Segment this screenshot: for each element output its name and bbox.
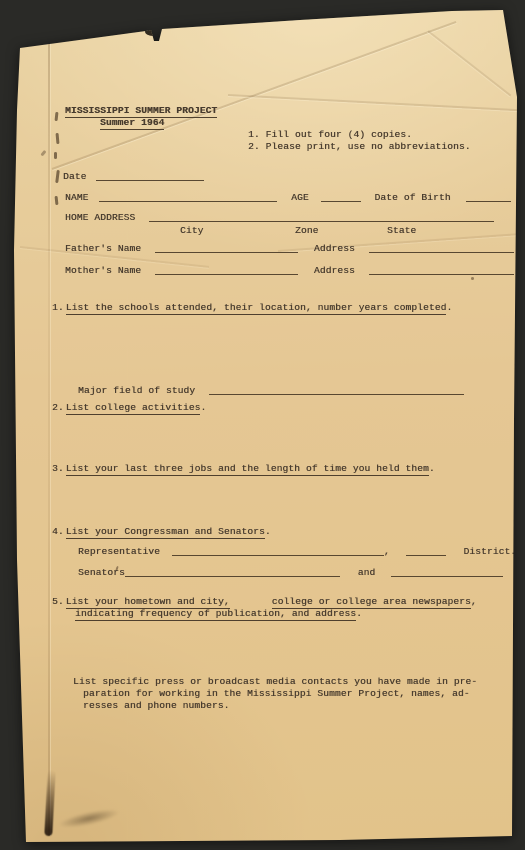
home-address-label: HOME ADDRESS <box>65 212 135 223</box>
name-label: NAME <box>65 192 88 203</box>
mother-address-field-line <box>369 266 514 275</box>
major-field-line <box>209 386 464 395</box>
name-field-line <box>99 193 277 202</box>
city-label: City <box>180 225 203 237</box>
footer-note-text: List specific press or broadcast media c… <box>73 676 477 687</box>
name-row: NAME AGE Date of Birth <box>65 191 511 204</box>
district-label: District. <box>463 546 516 557</box>
state-label: State <box>387 225 416 237</box>
instruction-2: 2. Please print, use no abbreviations. <box>248 141 471 153</box>
item-tail: . <box>446 302 452 313</box>
item-text: List college activities <box>66 402 201 415</box>
representative-label: Representative <box>78 546 160 557</box>
item-number: 2. <box>52 402 64 413</box>
mother-address-label: Address <box>314 265 355 276</box>
father-row: Father's Name Address <box>65 242 514 255</box>
footer-note-line-3: resses and phone numbers. <box>83 700 229 712</box>
item-tail: . <box>265 526 271 537</box>
question-item-5-line1: 5.List your hometown and city,college or… <box>52 596 477 608</box>
mother-name-label: Mother's Name <box>65 265 141 276</box>
item-text-continued: indicating frequency of publication, and… <box>75 608 356 621</box>
footer-note-text: paration for working in the Mississippi … <box>83 688 470 699</box>
item-tail: . <box>356 608 362 619</box>
item-tail: , <box>471 596 477 607</box>
instruction-text: 2. Please print, use no abbreviations. <box>248 141 471 152</box>
item-number: 4. <box>52 526 64 537</box>
major-field-label: Major field of study <box>78 385 195 396</box>
question-item-5-line2: indicating frequency of publication, and… <box>75 608 362 620</box>
major-field-row: Major field of study <box>78 384 464 397</box>
footer-note-line-2: paration for working in the Mississippi … <box>83 688 470 700</box>
item-number: 1. <box>52 302 64 313</box>
page-subtitle: Summer 1964 <box>100 117 164 130</box>
father-name-label: Father's Name <box>65 243 141 254</box>
mother-name-field-line <box>155 266 298 275</box>
item-text: List the schools attended, their locatio… <box>66 302 447 315</box>
age-label: AGE <box>291 192 309 203</box>
question-item-2: 2.List college activities. <box>52 402 206 414</box>
form-content: MISSISSIPPI SUMMER PROJECT Summer 1964 1… <box>0 0 525 850</box>
home-address-row: HOME ADDRESS <box>65 211 494 224</box>
senator-1-field-line <box>125 568 340 577</box>
scanned-page: MISSISSIPPI SUMMER PROJECT Summer 1964 1… <box>0 0 525 850</box>
question-item-1: 1.List the schools attended, their locat… <box>52 302 452 314</box>
page-subtitle-row: Summer 1964 <box>100 117 164 129</box>
father-name-field-line <box>155 244 298 253</box>
senator-2-field-line <box>391 568 503 577</box>
representative-comma: , <box>384 546 390 557</box>
instruction-1: 1. Fill out four (4) copies. <box>248 129 412 141</box>
representative-field-line <box>172 547 384 556</box>
item-text: List your Congressman and Senators <box>66 526 265 539</box>
item-number: 5. <box>52 596 64 607</box>
home-address-field-line <box>149 213 494 222</box>
senators-row: Senators and <box>78 566 503 579</box>
item-tail: . <box>429 463 435 474</box>
question-item-3: 3.List your last three jobs and the leng… <box>52 463 435 475</box>
paper-sheet: MISSISSIPPI SUMMER PROJECT Summer 1964 1… <box>0 0 525 850</box>
footer-note-text: resses and phone numbers. <box>83 700 229 711</box>
and-label: and <box>358 567 376 578</box>
question-item-4: 4.List your Congressman and Senators. <box>52 526 271 538</box>
date-row: Date <box>63 170 204 183</box>
age-field-line <box>321 193 361 202</box>
father-address-label: Address <box>314 243 355 254</box>
dob-field-line <box>466 193 511 202</box>
district-field-line <box>406 547 446 556</box>
item-number: 3. <box>52 463 64 474</box>
footer-note-line-1: List specific press or broadcast media c… <box>73 676 477 688</box>
date-label: Date <box>63 171 86 182</box>
zone-label: Zone <box>295 225 318 237</box>
item-text: List your last three jobs and the length… <box>66 463 429 476</box>
dob-label: Date of Birth <box>374 192 450 203</box>
date-field-line <box>96 172 204 181</box>
representative-row: Representative , District. <box>78 545 516 558</box>
mother-row: Mother's Name Address <box>65 264 514 277</box>
instruction-text: 1. Fill out four (4) copies. <box>248 129 412 140</box>
senators-label: Senators <box>78 567 125 578</box>
father-address-field-line <box>369 244 514 253</box>
page-title-row: MISSISSIPPI SUMMER PROJECT <box>65 105 217 117</box>
item-tail: . <box>200 402 206 413</box>
